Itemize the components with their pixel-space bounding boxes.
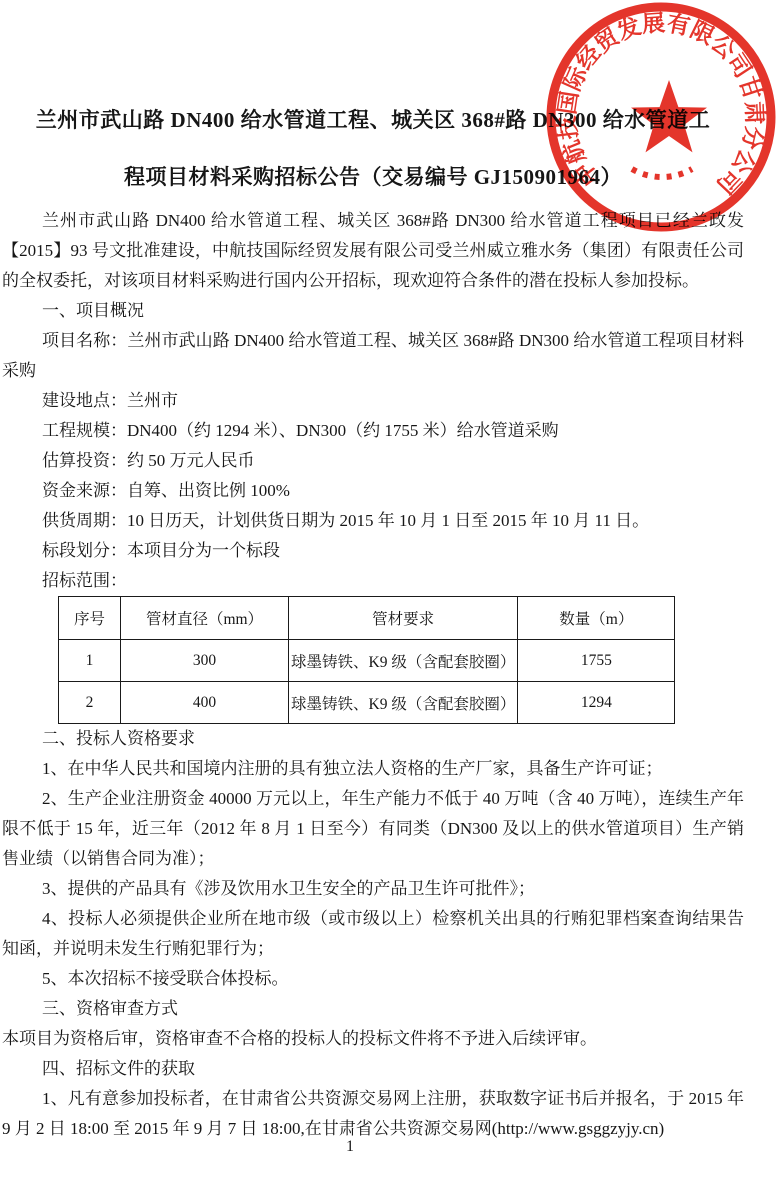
cell-quantity: 1294 (518, 682, 675, 724)
col-header-quantity: 数量（m） (518, 597, 675, 640)
qualification-item-3: 3、提供的产品具有《涉及饮用水卫生安全的产品卫生许可批件》； (2, 874, 744, 904)
section4-heading: 四、招标文件的获取 (2, 1054, 744, 1084)
bid-scope-table: 序号 管材直径（mm） 管材要求 数量（m） 1 300 球墨铸铁、K9 级（含… (58, 596, 675, 724)
seal-serial-marks (632, 169, 692, 177)
bid-section-line: 标段划分：本项目分为一个标段 (2, 536, 744, 566)
qualification-item-2: 2、生产企业注册资金 40000 万元以上，年生产能力不低于 40 万吨（含 4… (2, 784, 744, 874)
col-header-requirement: 管材要求 (289, 597, 518, 640)
col-header-seq: 序号 (59, 597, 121, 640)
section1-heading: 一、项目概况 (2, 296, 744, 326)
bid-scope-label: 招标范围： (2, 566, 744, 596)
qualification-item-5: 5、本次招标不接受联合体投标。 (2, 964, 744, 994)
cell-seq: 1 (59, 640, 121, 682)
qualification-item-4: 4、投标人必须提供企业所在地市级（或市级以上）检察机关出具的行贿犯罪档案查询结果… (2, 904, 744, 964)
page-number: 1 (0, 1138, 700, 1156)
project-name-line: 项目名称：兰州市武山路 DN400 给水管道工程、城关区 368#路 DN300… (2, 326, 744, 386)
section4-body: 1、凡有意参加投标者，在甘肃省公共资源交易网上注册，获取数字证书后并报名，于 2… (2, 1084, 744, 1144)
cell-quantity: 1755 (518, 640, 675, 682)
cell-requirement: 球墨铸铁、K9 级（含配套胶圈） (289, 682, 518, 724)
qualification-item-1: 1、在中华人民共和国境内注册的具有独立法人资格的生产厂家，具备生产许可证； (2, 754, 744, 784)
funding-source-line: 资金来源：自筹、出资比例 100% (2, 476, 744, 506)
project-scale-line: 工程规模：DN400（约 1294 米）、DN300（约 1755 米）给水管道… (2, 416, 744, 446)
section2-heading: 二、投标人资格要求 (2, 724, 744, 754)
col-header-diameter: 管材直径（mm） (121, 597, 289, 640)
star-icon (631, 80, 707, 152)
table-header-row: 序号 管材直径（mm） 管材要求 数量（m） (59, 597, 675, 640)
project-location-line: 建设地点：兰州市 (2, 386, 744, 416)
supply-period-line: 供货周期：10 日历天，计划供货日期为 2015 年 10 月 1 日至 201… (2, 506, 744, 536)
cell-seq: 2 (59, 682, 121, 724)
section3-body: 本项目为资格后审，资格审查不合格的投标人的投标文件将不予进入后续评审。 (2, 1024, 744, 1054)
table-row: 1 300 球墨铸铁、K9 级（含配套胶圈） 1755 (59, 640, 675, 682)
document-page: 兰州市武山路 DN400 给水管道工程、城关区 368#路 DN300 给水管道… (0, 0, 778, 1178)
table-row: 2 400 球墨铸铁、K9 级（含配套胶圈） 1294 (59, 682, 675, 724)
company-seal-stamp: 中航技国际经贸发展有限公司甘肃分公司 (546, 0, 778, 240)
cell-diameter: 400 (121, 682, 289, 724)
cell-diameter: 300 (121, 640, 289, 682)
cell-requirement: 球墨铸铁、K9 级（含配套胶圈） (289, 640, 518, 682)
section3-heading: 三、资格审查方式 (2, 994, 744, 1024)
estimated-investment-line: 估算投资：约 50 万元人民币 (2, 446, 744, 476)
